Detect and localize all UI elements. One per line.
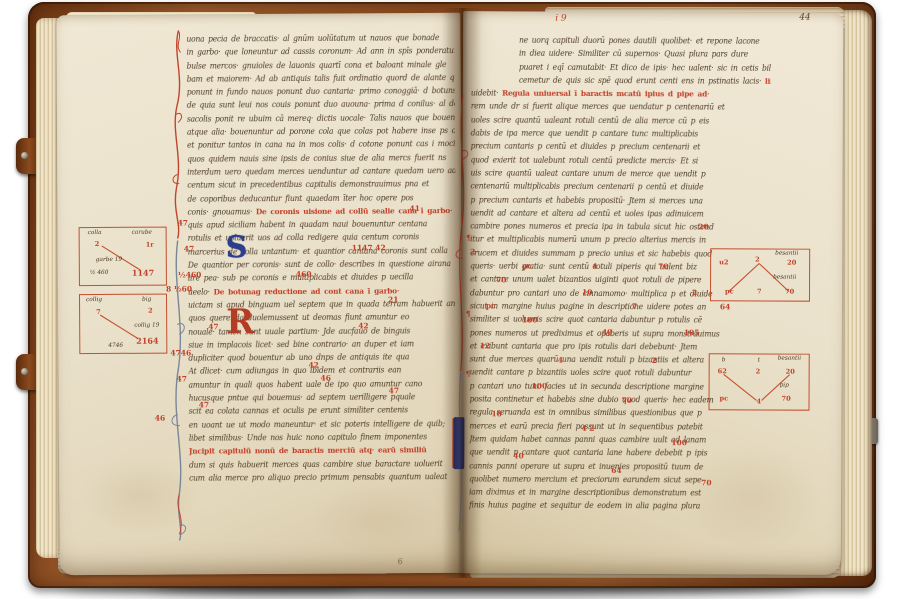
diagram-value: pc [725,287,734,295]
diagram-line [80,228,168,288]
page-number: 6 [398,557,403,566]
red-numeral: 47 [178,218,188,227]
margin-diagram-1: colla 2 carube 1r garbe 19 ½ 460 1147 [79,227,167,287]
red-numeral: 2 [692,288,697,297]
red-numeral: 46 [155,414,165,423]
red-numeral: 12 [480,341,490,350]
red-numeral: 46 [320,374,330,383]
red-numeral: ¶ [466,369,471,378]
red-numeral: 70 [658,262,668,271]
red-numeral: 100 [671,438,687,447]
red-numeral: 105 [684,328,700,337]
diagram-value: 70 [785,288,794,296]
red-numeral: 4 2 [581,424,594,433]
diagram-value: u2 [719,258,728,266]
diagram-value: 62 [718,367,727,375]
red-numeral: 100 [532,381,548,390]
diagram-result: 1147 [132,268,154,278]
diagram-label: collig 19 [134,323,159,329]
diagram-label: besantii [773,275,796,281]
left-page: S R uona pecia de braccatis· al gnūm uol… [56,13,463,575]
diagram-value: 2 [756,367,761,375]
diagram-value: 2 [148,307,153,315]
quire-mark: i 9 [555,14,567,24]
initial-letter-s: S [226,230,248,265]
diagram-value: 2 [755,255,760,263]
red-numeral: 47 [389,386,399,395]
diagram-value: 1r [146,241,154,249]
diagram-label: colla [88,230,102,236]
initial-letter-r: R [226,302,255,342]
diagram-value: 20 [787,259,796,267]
red-numeral: 10 [582,288,592,297]
red-numeral: 47 [184,244,194,253]
clasp-pin-icon [21,152,28,159]
clasp-strap [16,138,38,174]
red-numeral: 20 [698,222,708,231]
manuscript-line: similiter si uolueris scire quot cantari… [470,314,770,329]
red-numeral: 4 [558,356,563,365]
red-numeral: 21 [388,295,398,304]
red-numeral: 40 [602,328,612,337]
clasp-pin-icon [21,368,28,375]
red-numeral: 42 [358,321,368,330]
red-numeral: 4746 [170,348,191,357]
red-numeral: 460 [296,270,312,279]
parchment-stain [79,454,199,535]
margin-diagram-4: b t besantii 62 2 20 pip pc 4 70 [708,353,809,410]
red-numeral: 42 [308,361,318,370]
diagram-value: 70 [782,395,791,403]
red-numeral: 47 [199,400,209,409]
red-numeral: ¶ [466,309,471,318]
red-numeral: 4 [592,262,597,271]
diagram-result: 2164 [136,336,158,346]
right-page: i 9 44 E ne uorq capituli duorū pones da… [461,11,843,575]
red-numeral: 2 [652,356,657,365]
diagram-label: besantii [775,251,798,257]
manuscript-line: in diea uidere· Similiter cū supernos· Q… [471,48,771,63]
diagram-value: 20 [786,368,795,376]
manuscript-line: finis huius pagine et sequitur de eodem … [469,500,769,515]
red-numeral: 1147 42 [352,243,386,252]
margin-diagram-3: besantii u2 2 20 besantii pc 7 70 [710,248,810,301]
diagram-value: 7 [96,308,101,316]
diagram-value: pc [720,394,729,402]
folio-number: 44 [799,13,810,23]
red-numeral: 70 [622,396,632,405]
red-numeral: 2 [470,247,475,256]
diagram-label: pip [780,383,789,389]
red-numeral: 8 ½60 [166,284,192,293]
red-numeral: 70 [701,478,711,487]
manuscript-photo: S R uona pecia de braccatis· al gnūm uol… [0,0,900,599]
clasp-strap [16,354,38,390]
parchment-stain [309,483,439,554]
red-numeral: 40 [513,451,523,460]
diagram-value: 4 [757,397,762,405]
diagram-label: carube [132,230,152,236]
manuscript-line: cum alia merce pro aliquo precio primum … [189,471,457,486]
red-numeral: 64 [611,466,621,475]
diagram-value: 2 [95,240,100,248]
diagram-label: collig [86,297,102,303]
diagram-label: t [758,357,760,363]
diagram-value: 4746 [108,343,123,349]
red-numeral: 64 [720,302,730,311]
red-numeral: 47 [208,322,218,331]
diagram-label: b [722,357,726,363]
diagram-label: besantii [778,356,801,362]
initial-letter-j [453,417,464,469]
red-numeral: 41 [409,204,419,213]
red-numeral: 70 [496,275,506,284]
red-numeral: 10 [491,409,501,418]
margin-diagram-2: collig 7 big 2 collig 19 2164 4746 [79,294,167,355]
diagram-value: 7 [757,287,762,295]
diagram-label: garbe 19 [96,257,122,263]
red-numeral: pc [522,261,532,270]
diagram-value: ½ 460 [90,270,109,276]
red-numeral: 7 [632,302,637,311]
red-numeral: 47 [176,374,186,383]
red-numeral: pc [486,301,496,310]
manuscript-line: centenariū multiplicabis precium centena… [470,181,770,196]
red-numeral: ½460 [178,270,202,279]
diagram-label: big [142,297,151,303]
red-numeral: ¶ [466,233,471,242]
red-numeral: 100 [522,315,538,324]
